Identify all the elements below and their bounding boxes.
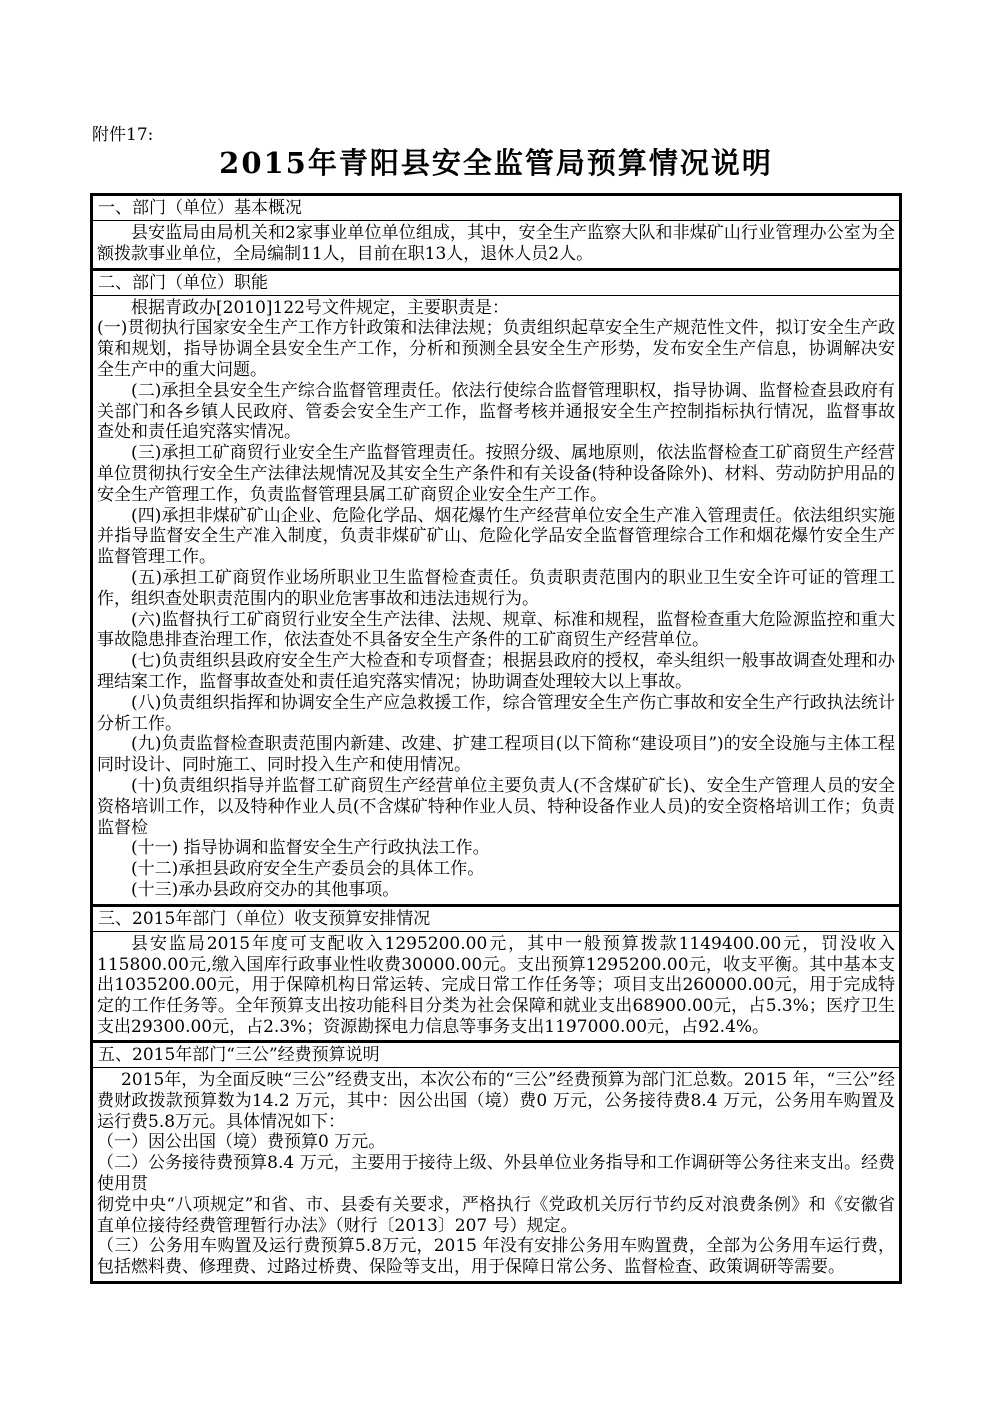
section-2-heading: 二、部门（单位）职能: [93, 271, 899, 296]
paragraph: 根据青政办[2010]122号文件规定，主要职责是：: [97, 298, 895, 319]
paragraph: (九)负责监督检查职责范围内新建、改建、扩建工程项目(以下简称“建设项目”)的安…: [97, 734, 895, 776]
paragraph: (七)负责组织县政府安全生产大检查和专项督查；根据县政府的授权，牵头组织一般事故…: [97, 651, 895, 693]
section-2-body: 根据青政办[2010]122号文件规定，主要职责是： (一)贯彻执行国家安全生产…: [93, 296, 899, 907]
section-3-body: 县安监局2015年度可支配收入1295200.00元，其中一般预算拨款11494…: [93, 932, 899, 1044]
paragraph: 县安监局由局机关和2家事业单位单位组成，其中，安全生产监察大队和非煤矿山行业管理…: [97, 223, 895, 265]
paragraph: （二）公务接待费预算8.4 万元，主要用于接待上级、外县单位业务指导和工作调研等…: [97, 1153, 895, 1195]
paragraph: 县安监局2015年度可支配收入1295200.00元，其中一般预算拨款11494…: [97, 934, 895, 1038]
section-5-heading: 五、2015年部门“三公”经费预算说明: [93, 1043, 899, 1068]
paragraph: (一)贯彻执行国家安全生产工作方针政策和法律法规；负责组织起草安全生产规范性文件…: [97, 318, 895, 380]
section-3-heading: 三、2015年部门（单位）收支预算安排情况: [93, 907, 899, 932]
paragraph: （三）公务用车购置及运行费预算5.8万元，2015 年没有安排公务用车购置费，全…: [97, 1236, 895, 1278]
page-title: 2015年青阳县安全监管局预算情况说明: [0, 144, 992, 182]
paragraph: (三)承担工矿商贸行业安全生产监督管理责任。按照分级、属地原则，依法监督检查工矿…: [97, 443, 895, 505]
sangong-section-table: 五、2015年部门“三公”经费预算说明 2015年，为全面反映“三公”经费支出，…: [90, 1040, 902, 1284]
paragraph: (八)负责组织指挥和协调安全生产应急救援工作，综合管理安全生产伤亡事故和安全生产…: [97, 693, 895, 735]
section-1-heading: 一、部门（单位）基本概况: [93, 196, 899, 221]
attachment-label: 附件17:: [92, 125, 153, 146]
paragraph: (六)监督执行工矿商贸行业安全生产法律、法规、规章、标准和规程，监督检查重大危险…: [97, 610, 895, 652]
document-page: 附件17: 2015年青阳县安全监管局预算情况说明 一、部门（单位）基本概况 县…: [0, 0, 992, 1403]
paragraph: (十三)承办县政府交办的其他事项。: [97, 880, 895, 901]
paragraph: （一）因公出国（境）费预算0 万元。: [97, 1132, 895, 1153]
paragraph: (二)承担全县安全生产综合监督管理责任。依法行使综合监督管理职权，指导协调、监督…: [97, 381, 895, 443]
section-1-body: 县安监局由局机关和2家事业单位单位组成，其中，安全生产监察大队和非煤矿山行业管理…: [93, 221, 899, 271]
paragraph: 2015年，为全面反映“三公”经费支出，本次公布的“三公”经费预算为部门汇总数。…: [97, 1070, 895, 1132]
paragraph: (十二)承担县政府安全生产委员会的具体工作。: [97, 859, 895, 880]
section-5-body: 2015年，为全面反映“三公”经费支出，本次公布的“三公”经费预算为部门汇总数。…: [93, 1068, 899, 1281]
paragraph: (四)承担非煤矿矿山企业、危险化学品、烟花爆竹生产经营单位安全生产准入管理责任。…: [97, 506, 895, 568]
paragraph: (十)负责组织指导并监督工矿商贸生产经营单位主要负责人(不含煤矿矿长)、安全生产…: [97, 776, 895, 838]
paragraph: 彻党中央“八项规定”和省、市、县委有关要求，严格执行《党政机关厉行节约反对浪费条…: [97, 1195, 895, 1237]
paragraph: (十一) 指导协调和监督安全生产行政执法工作。: [97, 838, 895, 859]
main-sections-table: 一、部门（单位）基本概况 县安监局由局机关和2家事业单位单位组成，其中，安全生产…: [90, 193, 902, 1082]
paragraph: (五)承担工矿商贸作业场所职业卫生监督检查责任。负责职责范围内的职业卫生安全许可…: [97, 568, 895, 610]
